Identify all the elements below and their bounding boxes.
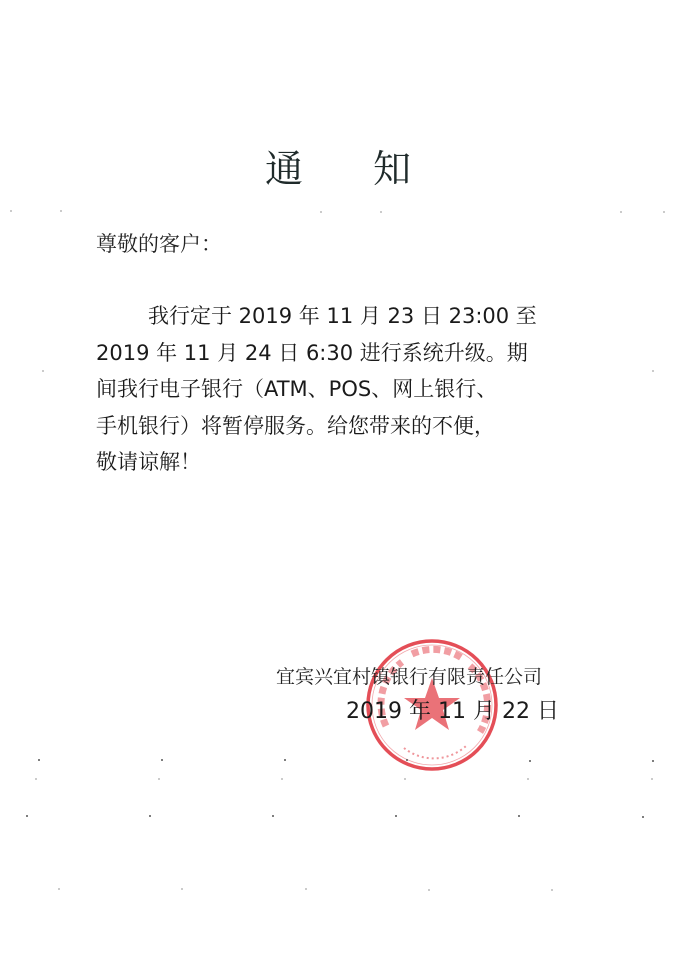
title-char-1: 通 [265,138,303,193]
body-line-4: 手机银行）将暂停服务。给您带来的不便， [96,408,581,445]
body-line-3: 间我行电子银行（ATM、POS、网上银行、 [96,371,581,408]
notice-page: 通知 尊敬的客户： 我行定于 2019 年 11 月 23 日 23:00 至 … [0,0,676,955]
title-char-2: 知 [373,138,411,193]
notice-title: 通知 [0,138,676,193]
notice-body: 我行定于 2019 年 11 月 23 日 23:00 至 2019 年 11 … [96,298,581,481]
body-line-1: 我行定于 2019 年 11 月 23 日 23:00 至 [96,298,581,335]
salutation: 尊敬的客户： [96,228,222,258]
body-line-2: 2019 年 11 月 24 日 6:30 进行系统升级。期 [96,335,581,372]
body-line-5: 敬请谅解！ [96,444,581,481]
issuer-name: 宜宾兴宜村镇银行有限责任公司 [276,662,542,689]
issue-date: 2019 年 11 月 22 日 [346,694,559,725]
